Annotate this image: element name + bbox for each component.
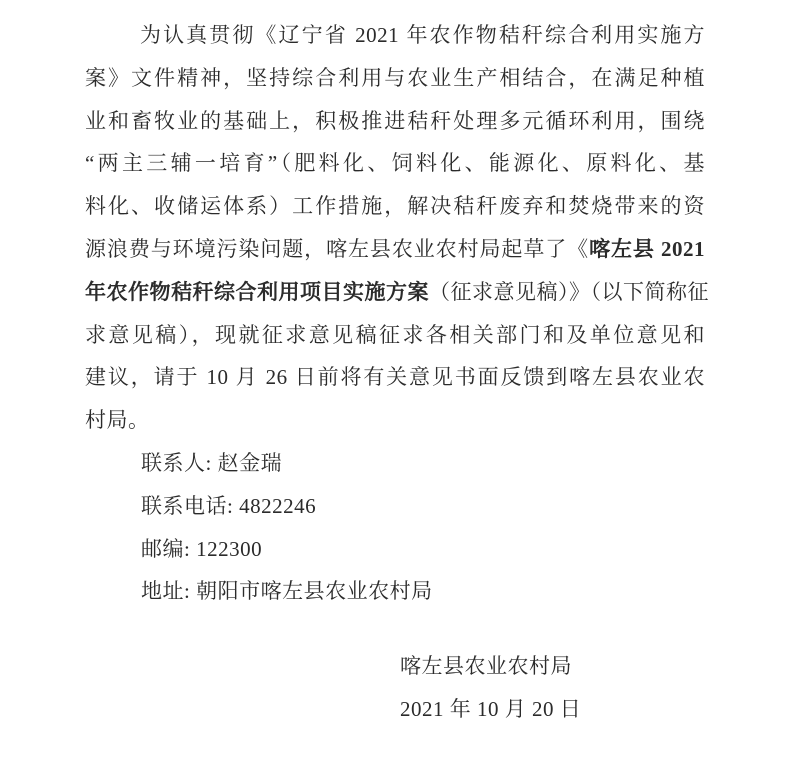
text-segment: “两主三辅一培育”（肥料化、饲料化、能源化、原料化、基 [85,151,705,175]
text-segment: 为认真贯彻《辽宁省 2021 年农作物秸秆综合利用实施方 [140,23,705,47]
text-segment: 求意见稿），现就征求意见稿征求各相关部门和及单位意见和 [85,323,705,347]
signature-line: 喀左县农业农村局 [400,645,800,688]
contact-block: 联系人: 赵金瑞联系电话: 4822246邮编: 122300地址: 朝阳市喀左… [85,442,705,613]
paragraph-line: 案》文件精神，坚持综合利用与农业生产相结合，在满足种植 [85,57,705,100]
paragraph-line: 为认真贯彻《辽宁省 2021 年农作物秸秆综合利用实施方 [85,14,705,57]
text-segment: 料化、收储运体系）工作措施，解决秸秆废弃和焚烧带来的资 [85,194,705,218]
document-page: 为认真贯彻《辽宁省 2021 年农作物秸秆综合利用实施方案》文件精神，坚持综合利… [0,0,800,767]
paragraph-line: 源浪费与环境污染问题，喀左县农业农村局起草了《喀左县 2021 [85,228,705,271]
paragraph-line: 求意见稿），现就征求意见稿征求各相关部门和及单位意见和 [85,314,705,357]
text-segment: 案》文件精神，坚持综合利用与农业生产相结合，在满足种植 [85,66,705,90]
text-segment: 建议，请于 10 月 26 日前将有关意见书面反馈到喀左县农业农 [85,365,705,389]
text-segment: 源浪费与环境污染问题，喀左县农业农村局起草了《 [85,237,589,261]
text-segment: 业和畜牧业的基础上，积极推进秸秆处理多元循环利用，围绕 [85,109,705,133]
paragraph-line: 业和畜牧业的基础上，积极推进秸秆处理多元循环利用，围绕 [85,100,705,143]
signature-block: 喀左县农业农村局 2021 年 10 月 20 日 [400,645,800,731]
paragraph-line: 村局。 [85,399,705,442]
paragraph-line: “两主三辅一培育”（肥料化、饲料化、能源化、原料化、基 [85,142,705,185]
contact-line: 联系人: 赵金瑞 [85,442,705,485]
paragraph: 为认真贯彻《辽宁省 2021 年农作物秸秆综合利用实施方案》文件精神，坚持综合利… [85,14,705,442]
paragraph-line: 建议，请于 10 月 26 日前将有关意见书面反馈到喀左县农业农 [85,356,705,399]
paragraph-line: 料化、收储运体系）工作措施，解决秸秆废弃和焚烧带来的资 [85,185,705,228]
text-segment: （征求意见稿）》（以下简称征 [429,280,709,304]
document-body: 为认真贯彻《辽宁省 2021 年农作物秸秆综合利用实施方案》文件精神，坚持综合利… [85,14,705,613]
contact-line: 地址: 朝阳市喀左县农业农村局 [85,570,705,613]
bold-text-segment: 喀左县 2021 [589,237,705,261]
bold-text-segment: 年农作物秸秆综合利用项目实施方案 [85,280,429,304]
text-segment: 村局。 [85,408,150,432]
contact-line: 联系电话: 4822246 [85,485,705,528]
paragraph-line: 年农作物秸秆综合利用项目实施方案（征求意见稿）》（以下简称征 [85,271,705,314]
contact-line: 邮编: 122300 [85,528,705,571]
date-line: 2021 年 10 月 20 日 [400,688,800,731]
